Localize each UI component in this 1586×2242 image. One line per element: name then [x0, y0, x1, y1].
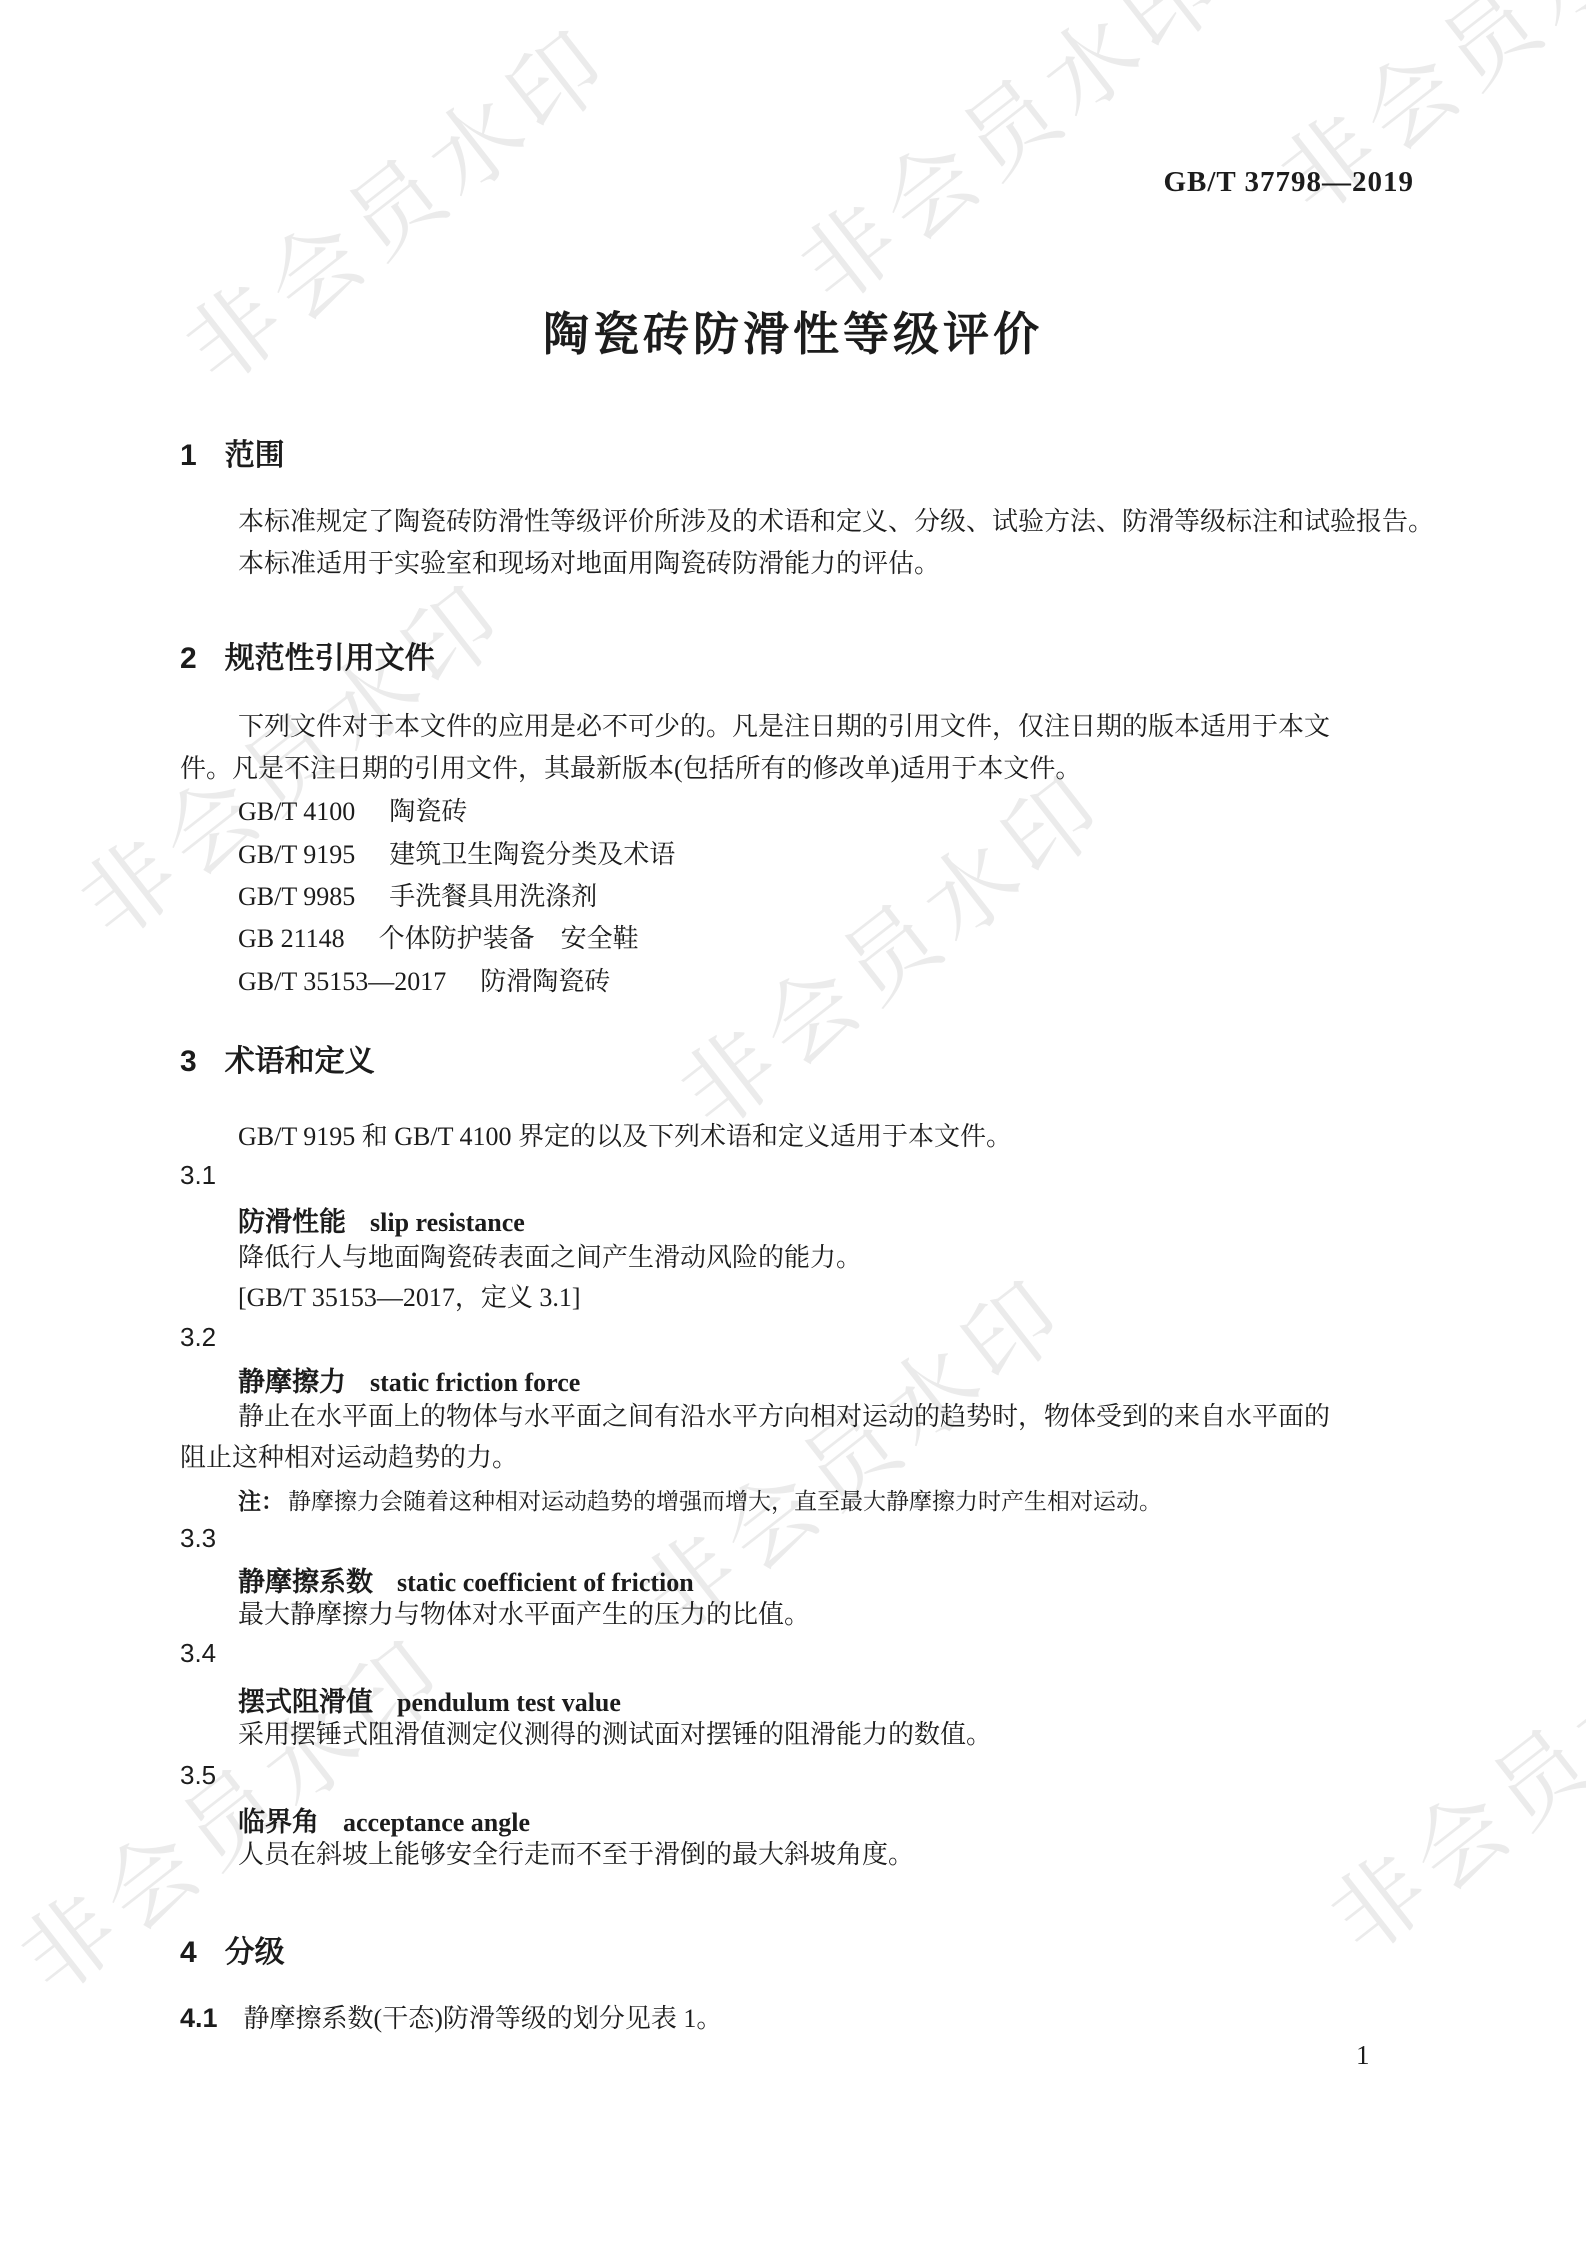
term-3-4-name: 摆式阻滑值pendulum test value [238, 1680, 621, 1719]
reference-title: 个体防护装备 安全鞋 [379, 924, 639, 953]
reference-code: GB/T 9985 [238, 882, 355, 911]
reference-item: GB/T 9985手洗餐具用洗涤剂 [238, 880, 597, 914]
scope-paragraph-line-1: 本标准规定了陶瓷砖防滑性等级评价所涉及的术语和定义、分级、试验方法、防滑等级标注… [238, 505, 1434, 539]
term-en: slip resistance [370, 1208, 525, 1237]
note-text: 静摩擦力会随着这种相对运动趋势的增强而增大，直至最大静摩擦力时产生相对运动。 [288, 1489, 1162, 1514]
section-4-title: 分级 [225, 1936, 285, 1969]
document-page: 非会员水印 非会员水印 非会员水印 非会员水印 非会员水印 非会员水印 非会员水… [0, 0, 1586, 2242]
reference-title: 陶瓷砖 [389, 797, 467, 826]
term-zh: 摆式阻滑值 [238, 1687, 373, 1717]
reference-title: 建筑卫生陶瓷分类及术语 [389, 840, 675, 869]
term-3-4-definition: 采用摆锤式阻滑值测定仪测得的测试面对摆锤的阻滑能力的数值。 [238, 1718, 992, 1752]
term-zh: 静摩擦力 [238, 1367, 346, 1397]
term-3-1-name: 防滑性能slip resistance [238, 1200, 525, 1239]
clause-4-1: 4.1静摩擦系数(干态)防滑等级的划分见表 1。 [180, 2001, 722, 2036]
clause-4-1-number: 4.1 [180, 2003, 218, 2033]
section-4-number: 4 [180, 1936, 197, 1969]
reference-item: GB/T 9195建筑卫生陶瓷分类及术语 [238, 838, 675, 872]
terms-intro: GB/T 9195 和 GB/T 4100 界定的以及下列术语和定义适用于本文件… [238, 1120, 1012, 1154]
term-3-3-number: 3.3 [180, 1523, 216, 1554]
note-label: 注： [238, 1488, 284, 1514]
section-2-number: 2 [180, 642, 197, 675]
scope-paragraph-line-2: 本标准适用于实验室和现场对地面用陶瓷砖防滑能力的评估。 [238, 547, 940, 581]
reference-code: GB/T 4100 [238, 797, 355, 826]
section-3-heading: 3术语和定义 [180, 1036, 375, 1080]
section-3-number: 3 [180, 1045, 197, 1078]
references-paragraph-line-1: 下列文件对于本文件的应用是必不可少的。凡是注日期的引用文件，仅注日期的版本适用于… [238, 710, 1330, 744]
section-3-title: 术语和定义 [225, 1045, 375, 1078]
term-3-3-definition: 最大静摩擦力与物体对水平面产生的压力的比值。 [238, 1598, 810, 1632]
term-3-5-name: 临界角acceptance angle [238, 1800, 530, 1839]
term-zh: 防滑性能 [238, 1207, 346, 1237]
section-1-number: 1 [180, 439, 197, 472]
page-number: 1 [1356, 2040, 1370, 2071]
section-1-heading: 1范围 [180, 430, 285, 474]
term-3-4-number: 3.4 [180, 1638, 216, 1669]
term-3-5-definition: 人员在斜坡上能够安全行走而不至于滑倒的最大斜坡角度。 [238, 1838, 914, 1872]
term-3-5-number: 3.5 [180, 1760, 216, 1791]
reference-title: 手洗餐具用洗涤剂 [389, 882, 597, 911]
term-3-1-source: [GB/T 35153—2017，定义 3.1] [238, 1281, 581, 1315]
term-en: static coefficient of friction [397, 1568, 694, 1597]
document-title: 陶瓷砖防滑性等级评价 [0, 298, 1586, 364]
reference-title: 防滑陶瓷砖 [480, 967, 610, 996]
term-3-2-note: 注：静摩擦力会随着这种相对运动趋势的增强而增大，直至最大静摩擦力时产生相对运动。 [238, 1483, 1162, 1516]
term-3-2-definition-line-1: 静止在水平面上的物体与水平面之间有沿水平方向相对运动的趋势时，物体受到的来自水平… [238, 1400, 1330, 1434]
term-en: acceptance angle [343, 1808, 530, 1837]
reference-item: GB/T 4100陶瓷砖 [238, 795, 467, 829]
reference-code: GB/T 35153—2017 [238, 967, 446, 996]
section-4-heading: 4分级 [180, 1927, 285, 1971]
references-paragraph-line-2: 件。凡是不注日期的引用文件，其最新版本(包括所有的修改单)适用于本文件。 [180, 752, 1081, 786]
reference-code: GB 21148 [238, 924, 345, 953]
section-2-title: 规范性引用文件 [225, 642, 435, 675]
term-3-1-definition: 降低行人与地面陶瓷砖表面之间产生滑动风险的能力。 [238, 1241, 862, 1275]
standard-number: GB/T 37798—2019 [1163, 166, 1414, 199]
section-1-title: 范围 [225, 439, 285, 472]
term-zh: 临界角 [238, 1807, 319, 1837]
term-en: pendulum test value [397, 1688, 621, 1717]
reference-item: GB/T 35153—2017防滑陶瓷砖 [238, 965, 610, 999]
term-en: static friction force [370, 1368, 580, 1397]
term-3-3-name: 静摩擦系数static coefficient of friction [238, 1560, 694, 1599]
term-3-2-number: 3.2 [180, 1322, 216, 1353]
term-zh: 静摩擦系数 [238, 1567, 373, 1597]
document-content: GB/T 37798—2019 陶瓷砖防滑性等级评价 1范围 本标准规定了陶瓷砖… [0, 0, 1586, 2242]
reference-item: GB 21148个体防护装备 安全鞋 [238, 922, 639, 956]
reference-code: GB/T 9195 [238, 840, 355, 869]
term-3-2-definition-line-2: 阻止这种相对运动趋势的力。 [180, 1441, 518, 1475]
section-2-heading: 2规范性引用文件 [180, 633, 435, 677]
term-3-1-number: 3.1 [180, 1160, 216, 1191]
term-3-2-name: 静摩擦力static friction force [238, 1360, 580, 1399]
clause-4-1-text: 静摩擦系数(干态)防滑等级的划分见表 1。 [244, 2004, 723, 2033]
